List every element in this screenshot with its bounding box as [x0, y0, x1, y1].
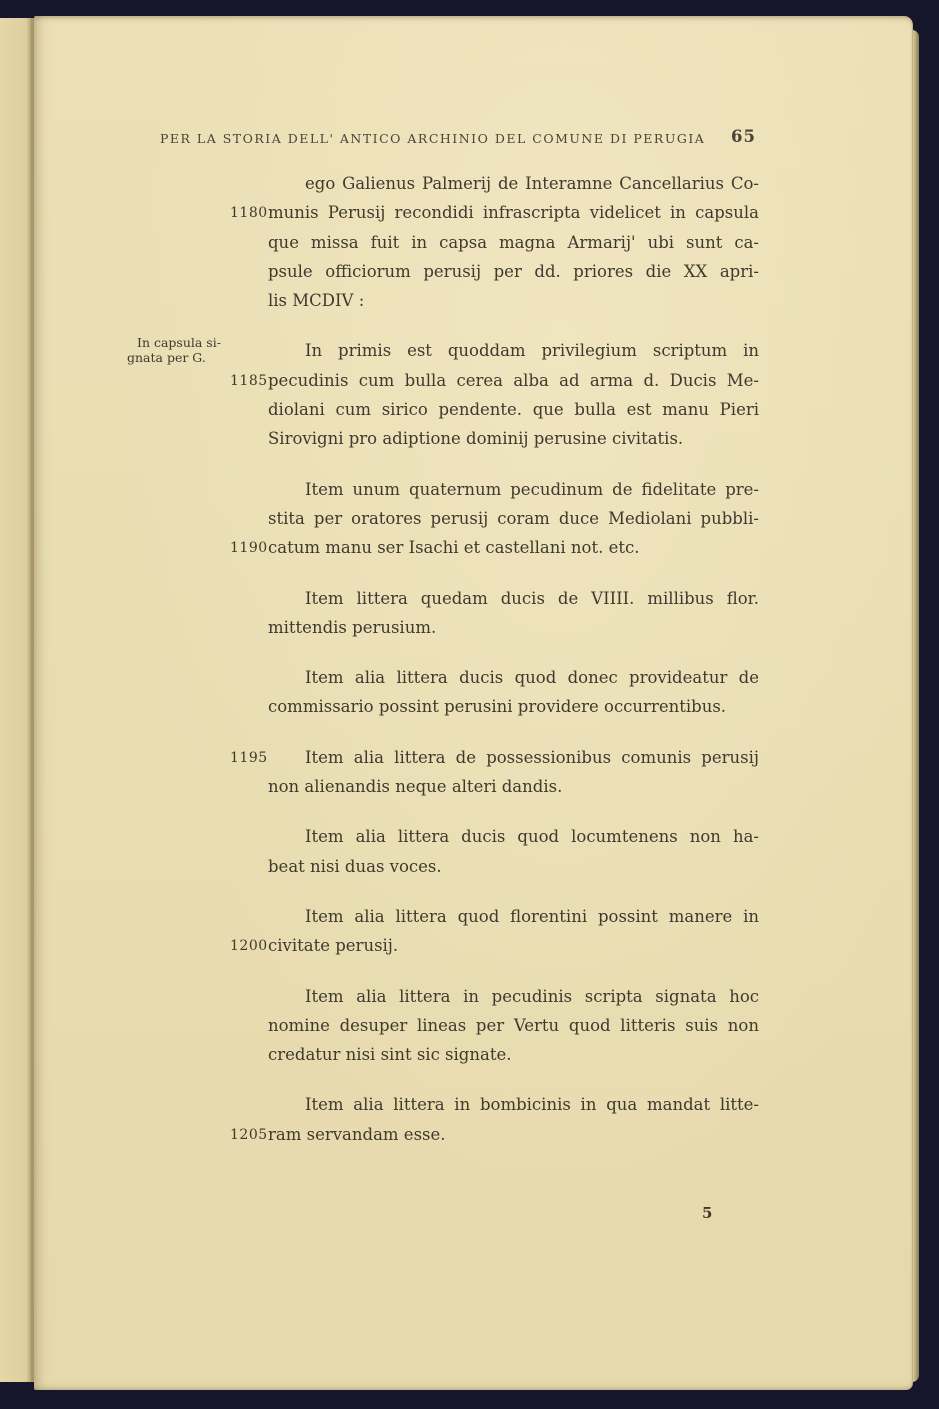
book-page: PER LA STORIA DELL' ANTICO ARCHINIO DEL …: [34, 16, 913, 1390]
line-text: Item alia littera ducis quod locumtenens…: [268, 822, 759, 851]
line-number: 1190: [230, 534, 266, 563]
line-number: 1180: [230, 199, 266, 228]
line-text: Item alia littera de possessionibus comu…: [268, 743, 759, 772]
text-line: mittendis perusium.: [268, 613, 759, 642]
line-text: diolani cum sirico pendente. que bulla e…: [268, 395, 759, 424]
line-number: 1200: [230, 932, 266, 961]
text-block: ego Galienus Palmerij de Interamne Cance…: [268, 169, 759, 1170]
line-text: stita per oratores perusij coram duce Me…: [268, 504, 759, 533]
line-text: Item alia littera quod florentini possin…: [268, 902, 759, 931]
text-line: 1205ram servandam esse.: [268, 1120, 759, 1149]
text-line: commissario possint perusini providere o…: [268, 692, 759, 721]
line-text: mittendis perusium.: [268, 613, 759, 642]
paragraph: In primis est quoddam privilegium script…: [268, 336, 759, 453]
paragraph: ego Galienus Palmerij de Interamne Cance…: [268, 169, 759, 315]
line-text: Item littera quedam ducis de VIIII. mill…: [268, 584, 759, 613]
text-line: psule officiorum perusij per dd. priores…: [268, 257, 759, 286]
line-text: catum manu ser Isachi et castellani not.…: [268, 533, 759, 562]
text-line: 1185pecudinis cum bulla cerea alba ad ar…: [268, 366, 759, 395]
paragraph: Item alia littera in bombicinis in qua m…: [268, 1090, 759, 1149]
line-text: credatur nisi sint sic signate.: [268, 1040, 759, 1069]
running-header-title: PER LA STORIA DELL' ANTICO ARCHINIO DEL …: [160, 131, 705, 146]
running-header: PER LA STORIA DELL' ANTICO ARCHINIO DEL …: [34, 131, 912, 155]
text-line: 1180munis Perusij recondidi infrascripta…: [268, 198, 759, 227]
text-line: Item unum quaternum pecudinum de fidelit…: [268, 475, 759, 504]
line-text: ego Galienus Palmerij de Interamne Cance…: [268, 169, 759, 198]
text-line: In primis est quoddam privilegium script…: [268, 336, 759, 365]
text-line: 1195Item alia littera de possessionibus …: [268, 743, 759, 772]
margin-note: In capsula si- gnata per G.: [127, 336, 252, 365]
line-number: 1185: [230, 367, 266, 396]
text-line: nomine desuper lineas per Vertu quod lit…: [268, 1011, 759, 1040]
line-text: munis Perusij recondidi infrascripta vid…: [268, 198, 759, 227]
line-text: In primis est quoddam privilegium script…: [268, 336, 759, 365]
line-text: psule officiorum perusij per dd. priores…: [268, 257, 759, 286]
text-line: 1190catum manu ser Isachi et castellani …: [268, 533, 759, 562]
line-text: civitate perusij.: [268, 931, 759, 960]
text-line: credatur nisi sint sic signate.: [268, 1040, 759, 1069]
line-text: Item alia littera in pecudinis scripta s…: [268, 982, 759, 1011]
line-text: ram servandam esse.: [268, 1120, 759, 1149]
paragraph: Item unum quaternum pecudinum de fidelit…: [268, 475, 759, 563]
line-text: Item alia littera ducis quod donec provi…: [268, 663, 759, 692]
signature-number: 5: [702, 1204, 712, 1222]
page-number: 65: [731, 127, 756, 146]
line-text: Sirovigni pro adiptione dominij perusine…: [268, 424, 759, 453]
paragraph: Item alia littera in pecudinis scripta s…: [268, 982, 759, 1070]
text-line: Item alia littera in bombicinis in qua m…: [268, 1090, 759, 1119]
scanned-book-photo: { "colors": { "background": "#15152b", "…: [0, 0, 939, 1409]
line-text: Item alia littera in bombicinis in qua m…: [268, 1090, 759, 1119]
text-line: Item alia littera ducis quod donec provi…: [268, 663, 759, 692]
line-text: non alienandis neque alteri dandis.: [268, 772, 759, 801]
text-line: beat nisi duas voces.: [268, 852, 759, 881]
line-text: que missa fuit in capsa magna Armarij' u…: [268, 228, 759, 257]
line-number: 1205: [230, 1121, 266, 1150]
paragraph: Item alia littera ducis quod donec provi…: [268, 663, 759, 722]
line-text: beat nisi duas voces.: [268, 852, 759, 881]
text-line: diolani cum sirico pendente. que bulla e…: [268, 395, 759, 424]
line-text: pecudinis cum bulla cerea alba ad arma d…: [268, 366, 759, 395]
text-line: non alienandis neque alteri dandis.: [268, 772, 759, 801]
line-text: nomine desuper lineas per Vertu quod lit…: [268, 1011, 759, 1040]
text-line: Item alia littera ducis quod locumtenens…: [268, 822, 759, 851]
margin-note-line: In capsula si-: [127, 336, 252, 351]
text-line: Item alia littera quod florentini possin…: [268, 902, 759, 931]
text-line: Sirovigni pro adiptione dominij perusine…: [268, 424, 759, 453]
text-line: 1200civitate perusij.: [268, 931, 759, 960]
line-text: Item unum quaternum pecudinum de fidelit…: [268, 475, 759, 504]
text-line: ego Galienus Palmerij de Interamne Cance…: [268, 169, 759, 198]
text-line: lis MCDIV :: [268, 286, 759, 315]
text-line: stita per oratores perusij coram duce Me…: [268, 504, 759, 533]
paragraph: Item alia littera quod florentini possin…: [268, 902, 759, 961]
margin-note-line: gnata per G.: [127, 351, 252, 366]
paragraph: Item alia littera ducis quod locumtenens…: [268, 822, 759, 881]
line-text: commissario possint perusini providere o…: [268, 692, 759, 721]
previous-page-edge: [0, 18, 34, 1382]
text-line: que missa fuit in capsa magna Armarij' u…: [268, 228, 759, 257]
text-line: Item littera quedam ducis de VIIII. mill…: [268, 584, 759, 613]
paragraph: 1195Item alia littera de possessionibus …: [268, 743, 759, 802]
line-number: 1195: [230, 744, 266, 773]
text-line: Item alia littera in pecudinis scripta s…: [268, 982, 759, 1011]
paragraph: Item littera quedam ducis de VIIII. mill…: [268, 584, 759, 643]
line-text: lis MCDIV :: [268, 286, 759, 315]
